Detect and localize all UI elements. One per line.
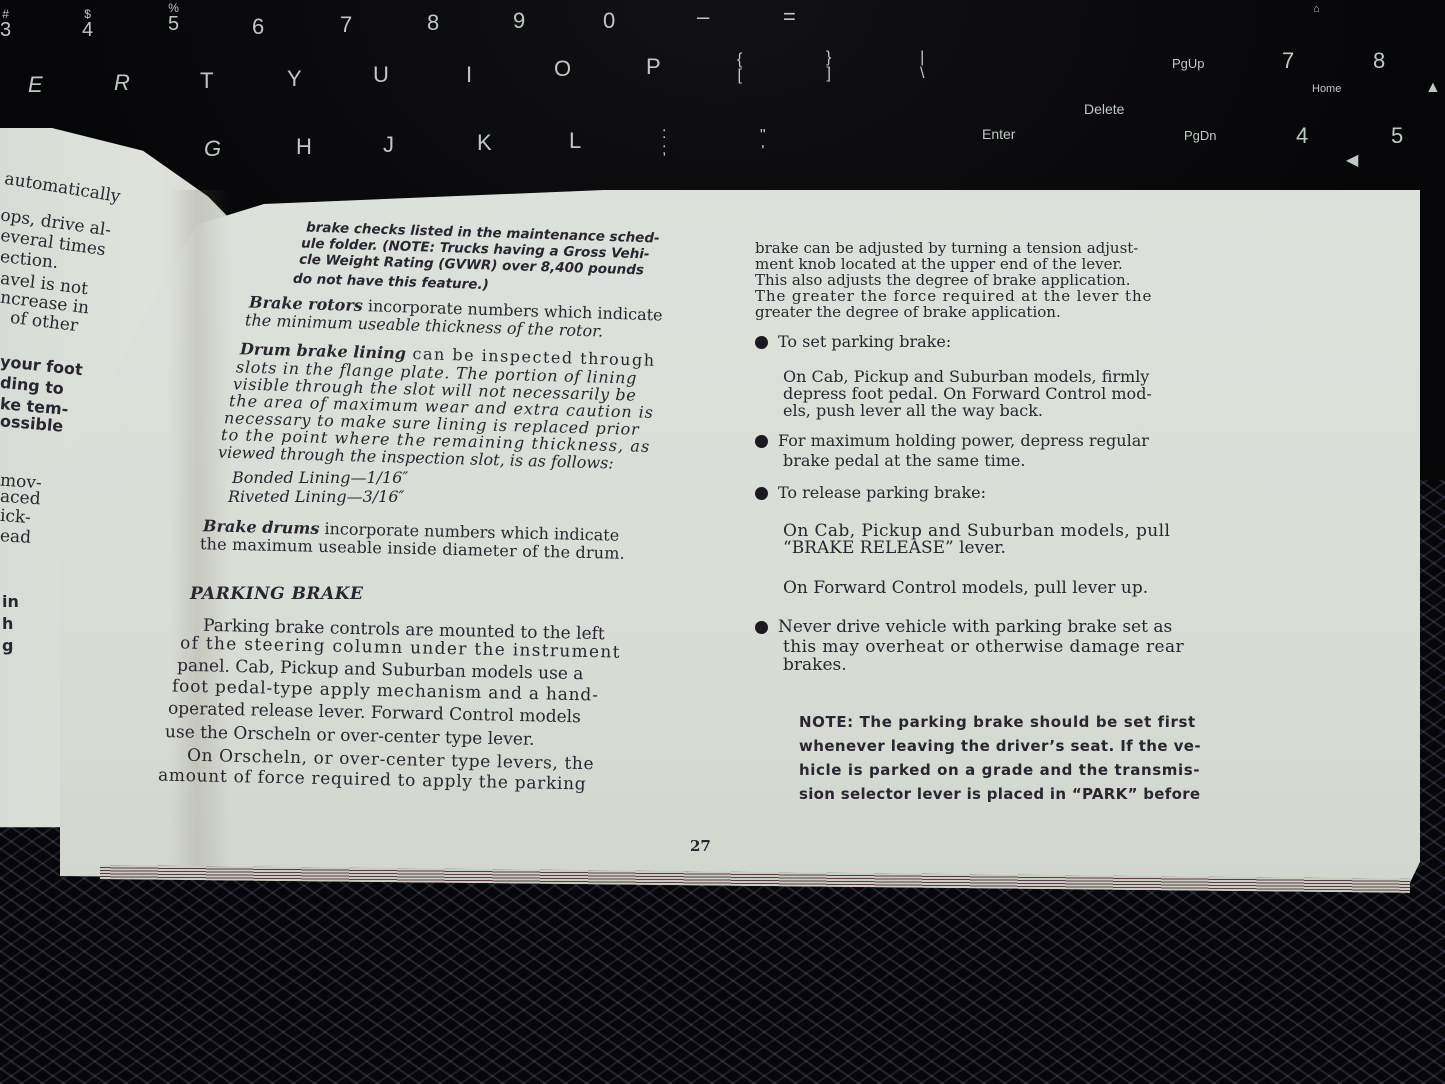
- key-enter: Enter: [982, 127, 1015, 141]
- key-i: I: [466, 64, 472, 86]
- key-4: $4: [82, 8, 93, 40]
- key-home: Home: [1312, 84, 1341, 95]
- key-9: 9: [513, 10, 525, 32]
- key-6: 6: [252, 16, 264, 38]
- key-num7: 7: [1282, 50, 1294, 72]
- park-note-line: NOTE: The parking brake should be set fi…: [799, 713, 1196, 731]
- key-0: 0: [603, 10, 615, 32]
- key-equals: =: [783, 6, 796, 28]
- home-lock-icon: ⌂: [1313, 4, 1320, 15]
- bullet-icon: [755, 336, 768, 349]
- bullet-icon: [755, 435, 768, 448]
- riveted-lining-spec: Riveted Lining—3/16″: [228, 487, 405, 506]
- key-num8: 8: [1373, 50, 1385, 72]
- key-k: K: [477, 132, 492, 154]
- bullet-icon: [755, 621, 768, 634]
- key-backslash: |\: [920, 50, 924, 82]
- key-t: T: [200, 70, 213, 92]
- park-note-line: hicle is parked on a grade and the trans…: [799, 761, 1200, 779]
- bullet-set-parking-brake: To set parking brake:: [755, 332, 951, 351]
- key-g: G: [204, 138, 221, 160]
- left-line: in: [2, 592, 19, 611]
- key-minus: –: [697, 6, 709, 28]
- left-line: ick-: [0, 506, 31, 528]
- key-pgdn: PgDn: [1184, 129, 1217, 142]
- key-y: Y: [287, 68, 302, 90]
- adjustment-line: greater the degree of brake application.: [755, 303, 1061, 321]
- key-8: 8: [427, 12, 439, 34]
- left-line: g: [2, 636, 13, 655]
- key-delete: Delete: [1084, 102, 1124, 116]
- left-line: h: [2, 614, 13, 633]
- key-l: L: [569, 130, 581, 152]
- holding-power-line: brake pedal at the same time.: [783, 451, 1025, 470]
- key-5: %5: [168, 2, 179, 34]
- page-number: 27: [690, 837, 711, 855]
- bullet-never-drive: Never drive vehicle with parking brake s…: [755, 617, 1172, 637]
- key-o: O: [554, 58, 571, 80]
- key-r: R: [114, 72, 130, 94]
- key-u: U: [373, 64, 389, 86]
- key-e: E: [28, 74, 43, 96]
- key-bracket-right: }]: [826, 50, 831, 82]
- bullet-icon: [755, 487, 768, 500]
- release-detail-line: On Forward Control models, pull lever up…: [783, 578, 1148, 598]
- key-num5: 5: [1391, 125, 1403, 147]
- bullet-release-parking-brake: To release parking brake:: [755, 483, 986, 502]
- key-num4: 4: [1296, 125, 1308, 147]
- key-pgup: PgUp: [1172, 57, 1205, 70]
- left-line: ead: [0, 526, 32, 548]
- never-drive-line: this may overheat or otherwise damage re…: [783, 637, 1184, 657]
- key-3: #3: [0, 8, 11, 40]
- left-arrow-icon: ◀: [1346, 153, 1358, 169]
- key-p: P: [646, 56, 661, 78]
- park-note-line: sion selector lever is placed in “PARK” …: [799, 785, 1200, 803]
- key-7: 7: [340, 14, 352, 36]
- bullet-holding-power: For maximum holding power, depress regul…: [755, 431, 1149, 450]
- bonded-lining-spec: Bonded Lining—1/16″: [232, 468, 408, 487]
- key-bracket-left: {[: [737, 52, 742, 84]
- key-quote: "': [760, 128, 766, 160]
- key-semicolon: :;: [662, 126, 666, 158]
- up-arrow-icon: ▲: [1425, 80, 1441, 96]
- key-j: J: [383, 134, 394, 156]
- set-brake-detail-line: els, push lever all the way back.: [783, 401, 1043, 420]
- key-h: H: [296, 136, 312, 158]
- park-note-line: whenever leaving the driver’s seat. If t…: [799, 737, 1201, 755]
- never-drive-line: brakes.: [783, 655, 847, 675]
- release-detail-line: “BRAKE RELEASE” lever.: [783, 538, 1006, 558]
- parking-brake-heading: PARKING BRAKE: [190, 584, 364, 604]
